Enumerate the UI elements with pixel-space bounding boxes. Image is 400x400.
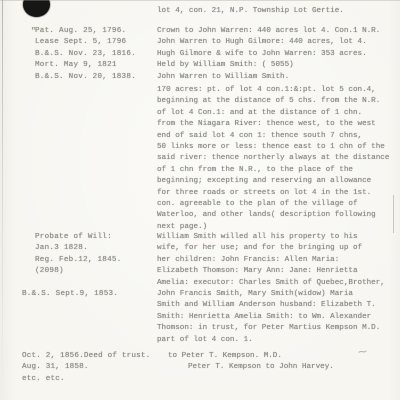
- conveyance-row: Mort. May 9, 1821 Held by William Smith:…: [0, 60, 400, 71]
- clipped-top-line: lot 4, con. 21, N.P. Township Lot Gertie…: [150, 0, 337, 4]
- conveyance-row: Pat. Aug. 25, 1796. Crown to John Warren…: [0, 26, 400, 37]
- description-line: end of said lot 4 con 1: thence south 7 …: [157, 131, 397, 142]
- will-line: Thomson: in trust, for Peter Martius Kem…: [157, 323, 399, 334]
- conveyance-row: B.&.S. Nov. 20, 1838. John Warren to Wil…: [0, 72, 400, 83]
- will-line: Smith and William Anderson husband: Eliz…: [157, 300, 399, 311]
- will-line: John Francis Smith, Mary Smith(widow) Ma…: [157, 289, 399, 300]
- will-line: Elizabeth Thomson: Mary Ann: Jane: Henri…: [157, 266, 399, 277]
- squiggle-mark: ~: [357, 347, 368, 360]
- will-line: Amelia: executor: Charles Smith of Quebe…: [157, 278, 399, 289]
- conveyance-date: B.&.S. Nov. 23, 1816.: [35, 49, 157, 60]
- will-text: William Smith willed all his property to…: [157, 232, 399, 346]
- probate-line: Probate of Will:: [35, 232, 155, 243]
- will-line: wife, for her use; and for the bringing …: [157, 243, 399, 254]
- description-line: beginning at the distance of 5 chs. from…: [157, 96, 397, 107]
- probate-line: Reg. Feb.12, 1845.: [35, 255, 155, 266]
- closing-row: etc. etc.: [22, 374, 392, 385]
- closing-entries: Oct. 2, 1856.Deed of trust. to Peter T. …: [22, 351, 392, 385]
- description-line: from the Niagara River: thence west, to …: [157, 119, 397, 130]
- conveyance-entry: Held by William Smith: ( 5055): [157, 60, 400, 71]
- conveyance-date: Lease Sept. 5, 1796: [35, 37, 157, 48]
- conveyance-date: B.&.S. Nov. 20, 1838.: [35, 72, 157, 83]
- probate-line: Jan.3 1828.: [35, 243, 155, 254]
- closing-date: Aug. 31, 1858.: [22, 362, 188, 373]
- conveyance-row: B.&.S. Nov. 23, 1816. Hugh Gilmore & wif…: [0, 49, 400, 60]
- conveyance-entry: John Warren to Hugh Gilmore: 440 acres, …: [157, 37, 400, 48]
- conveyance-entry: Crown to John Warren: 440 acres lot 4. C…: [157, 26, 400, 37]
- closing-row: Oct. 2, 1856.Deed of trust. to Peter T. …: [22, 351, 392, 362]
- closing-entry: Peter T. Kempson to John Harvey.: [188, 362, 334, 373]
- will-line: Smith: Henrietta Amelia Smith: to Wm. Al…: [157, 312, 399, 323]
- closing-entry: to Peter T. Kempson. M.D.: [168, 351, 282, 362]
- description-line: 50 links more or less: thence east to 1 …: [157, 142, 397, 153]
- conveyance-entry: John Warren to William Smith.: [157, 72, 400, 83]
- description-line: 170 acres: pt. of lot 4 con.1:&:pt. lot …: [157, 85, 397, 96]
- conveyance-row: Lease Sept. 5, 1796 John Warren to Hugh …: [0, 37, 400, 48]
- conveyance-date: Mort. May 9, 1821: [35, 60, 157, 71]
- description-line: of 1 chn from the N.R., to the place of …: [157, 165, 397, 176]
- conveyance-date: Pat. Aug. 25, 1796.: [35, 26, 157, 37]
- scanned-document-page: lot 4, con. 21, N.P. Township Lot Gertie…: [0, 0, 400, 400]
- bargain-sale-1853-date: B.&.S. Sept.9, 1853.: [22, 289, 118, 300]
- conveyance-list: Pat. Aug. 25, 1796. Crown to John Warren…: [0, 26, 400, 83]
- closing-date: Oct. 2, 1856.Deed of trust.: [22, 351, 168, 362]
- ink-blot: [23, 0, 50, 17]
- description-line: Waterloo, and other lands( description f…: [157, 210, 397, 221]
- conveyance-entry: Hugh Gilmore & wife to John Warren: 353 …: [157, 49, 400, 60]
- description-line: con. agreeable to the plan of the villag…: [157, 199, 397, 210]
- closing-date: etc. etc.: [22, 374, 65, 385]
- probate-line: (2098): [35, 266, 155, 277]
- probate-label: Probate of Will: Jan.3 1828. Reg. Feb.12…: [35, 232, 155, 278]
- description-line: of lot 4 Con.1: and at the distance of 1…: [157, 108, 397, 119]
- description-line: said river: thence northerly always at t…: [157, 153, 397, 164]
- will-line: William Smith willed all his property to…: [157, 232, 399, 243]
- description-line: for three roads or streets on lot 4 in t…: [157, 188, 397, 199]
- will-line: her children: John Francis: Allen Maria:: [157, 255, 399, 266]
- property-description: 170 acres: pt. of lot 4 con.1:&:pt. lot …: [157, 85, 397, 233]
- header-note: lot 4, con. 21, N.P. Township Lot Gertie…: [157, 6, 344, 17]
- description-line: beginning; excepting and reserving an al…: [157, 176, 397, 187]
- closing-row: Aug. 31, 1858. Peter T. Kempson to John …: [22, 362, 392, 373]
